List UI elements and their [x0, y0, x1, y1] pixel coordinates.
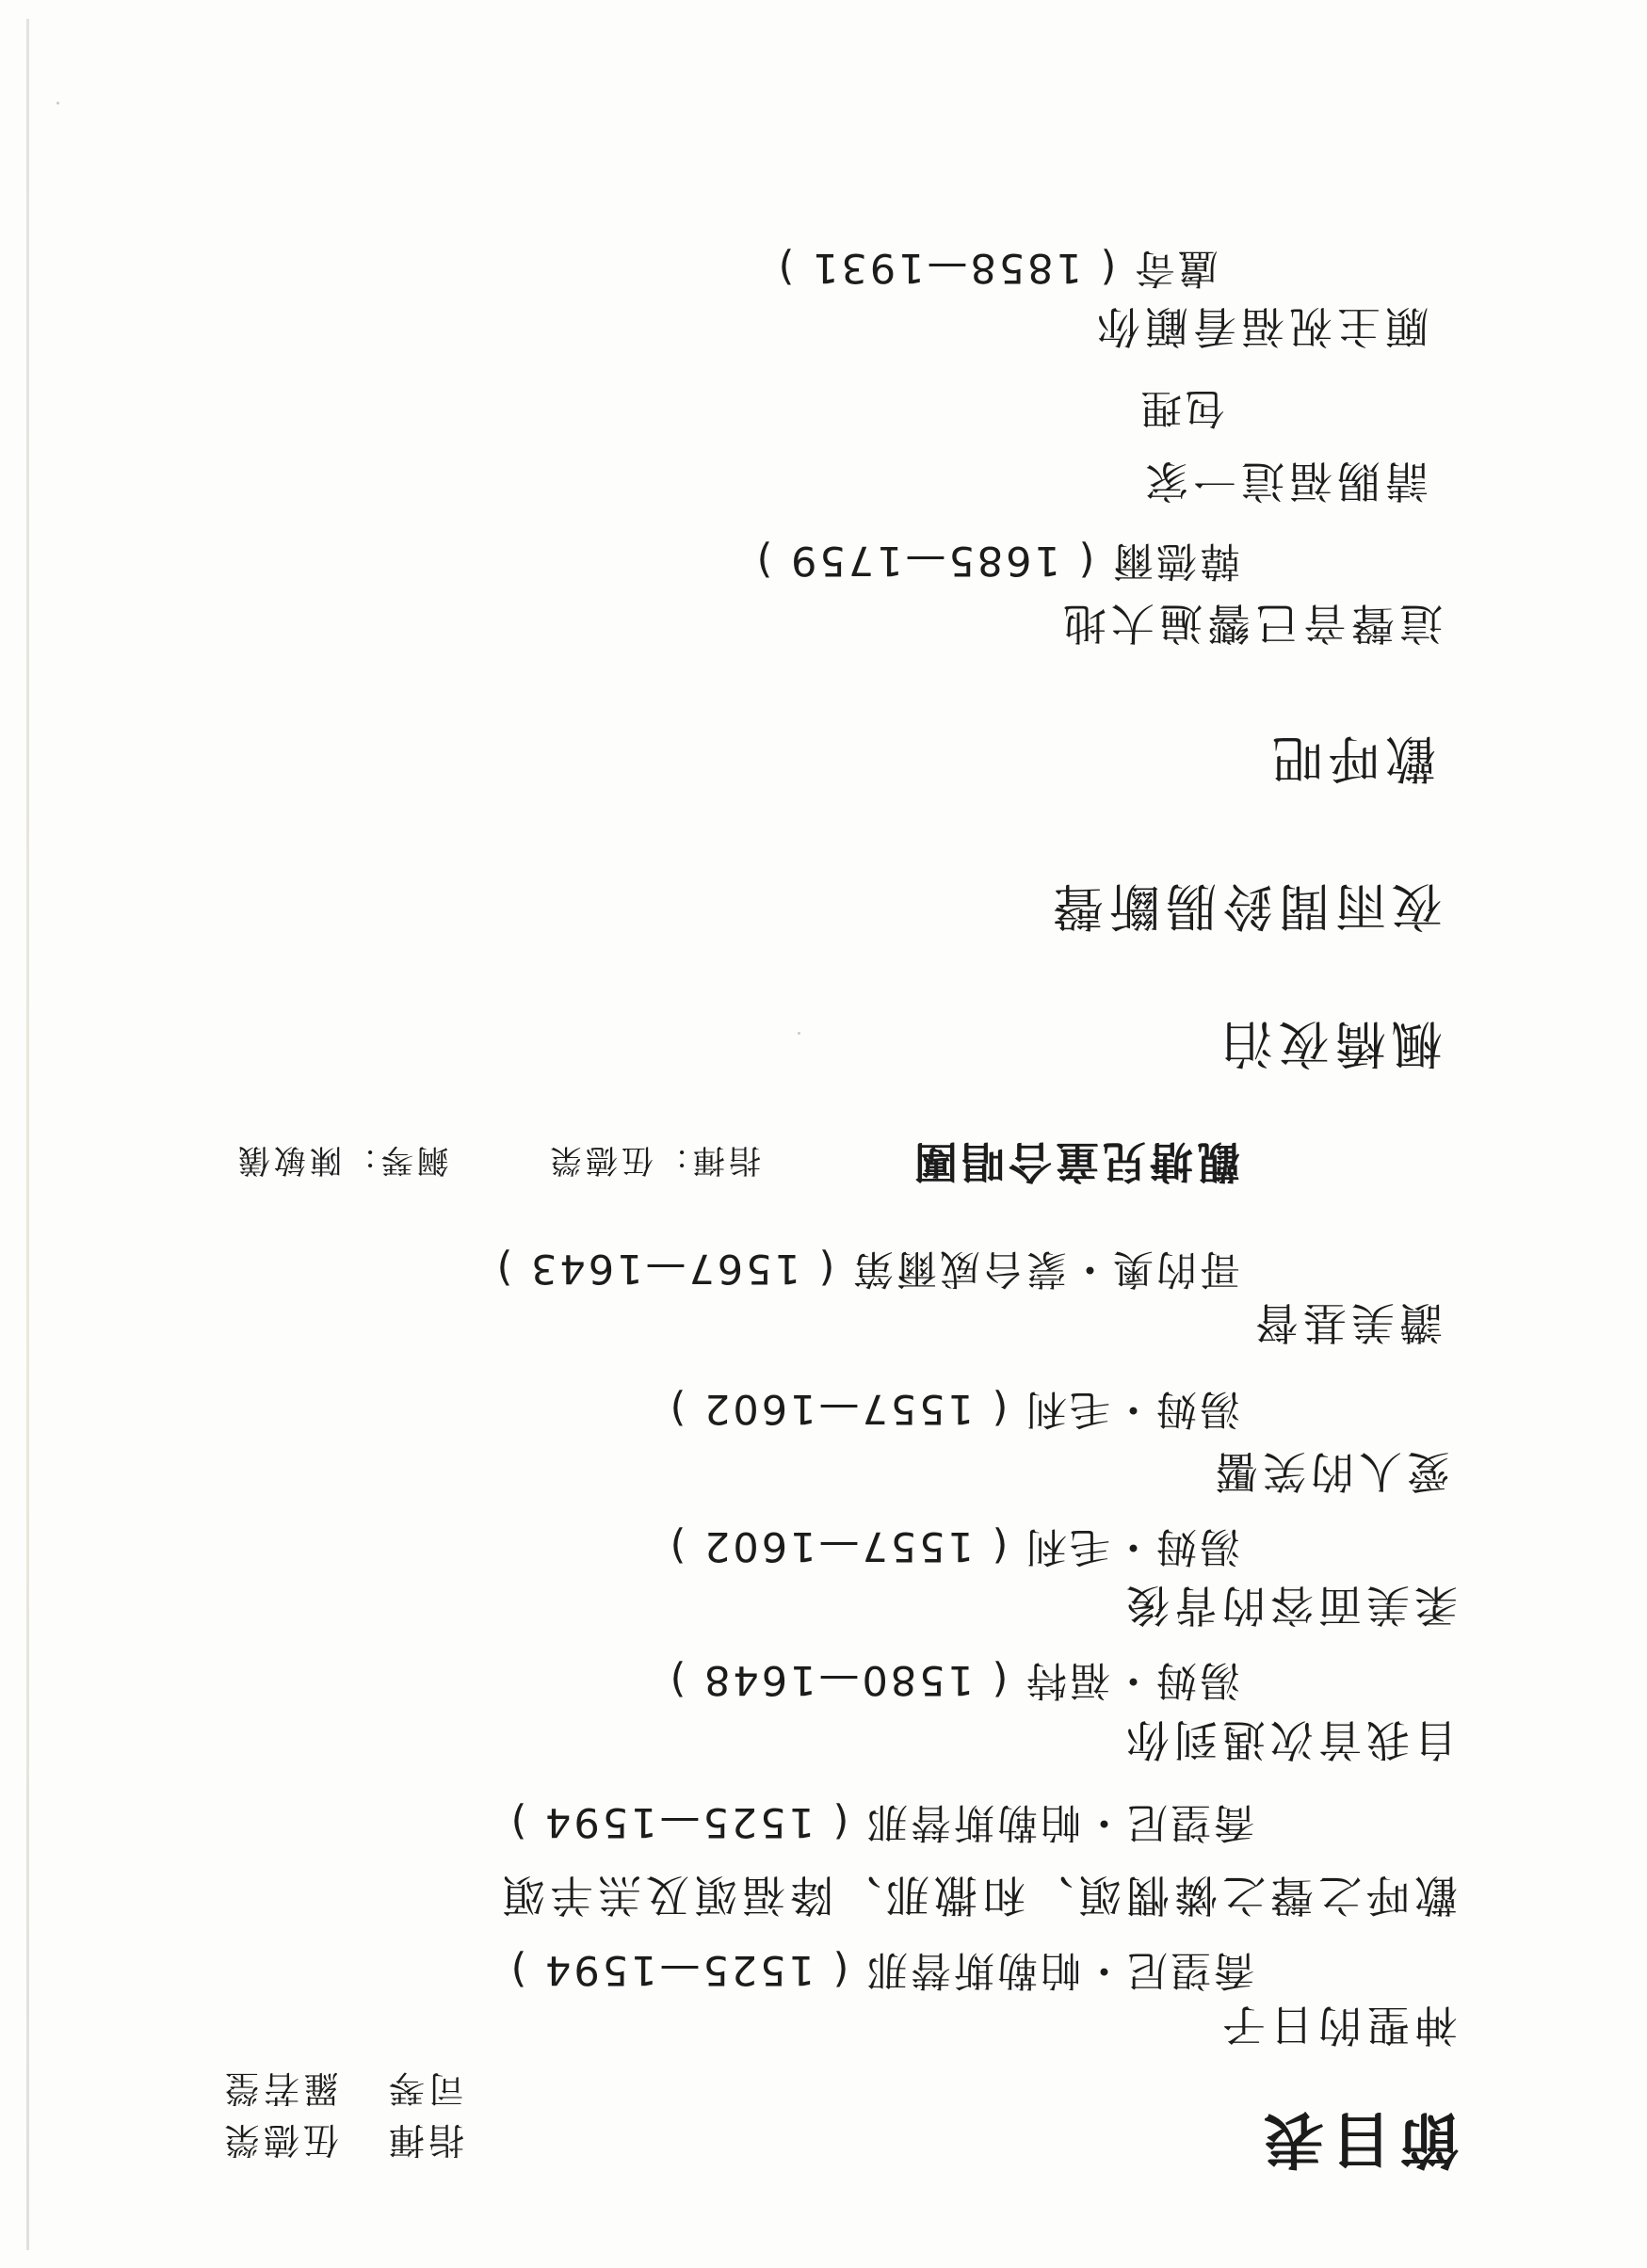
piece-composer: 哥的奧・蒙台威爾第 ( 1567—1643 ): [494, 1247, 1240, 1288]
piece-composer: 湯姆・毛利 ( 1557—1602 ): [668, 1388, 1240, 1428]
piece-composer: 包理: [1138, 387, 1225, 427]
credit-name-conductor: 伍德榮: [220, 2122, 339, 2158]
piece-composer: 喬望尼・帕勒斯替那 ( 1525—1594 ): [509, 1949, 1254, 1989]
guest-choir-conductor: 指揮：伍德榮: [546, 1144, 761, 1176]
scan-edge-line: [26, 19, 29, 2250]
piece-composer: 韓德爾 ( 1685—1759 ): [754, 539, 1240, 580]
piece-composer: 湯姆・福特 ( 1580—1648 ): [668, 1659, 1240, 1699]
guest-choir-pianist: 鋼琴：陳敏儀: [234, 1144, 449, 1176]
credit-role-conductor: 指揮: [385, 2122, 464, 2158]
piece-title: 自我首次遇到你: [1122, 1718, 1458, 1761]
scan-speck: [798, 1032, 800, 1035]
guest-piece-title: 歡呼吧: [1267, 732, 1436, 783]
piece-title: 愛人的笑靨: [1210, 1450, 1450, 1493]
guest-choir-name: 觀塘兒童合唱團: [911, 1140, 1240, 1183]
scanned-program-page: 節目表 指揮 伍德榮 司琴 羅若瑩 神聖的日子 喬望尼・帕勒斯替那 ( 1525…: [0, 0, 1647, 2268]
piece-title: 讚美基督: [1251, 1301, 1443, 1344]
piece-title: 歡呼之聲之憐憫頌、和撒那、降福頌及羔羊頌: [497, 1874, 1458, 1917]
piece-composer: 喬望尼・帕勒斯替那 ( 1525—1594 ): [509, 1801, 1254, 1842]
guest-piece-title: 夜雨聞鈴腸斷聲: [1047, 880, 1443, 931]
piece-title: 請賜福這一家: [1140, 459, 1429, 503]
scan-speck: [57, 102, 59, 105]
guest-piece-title: 楓橋夜泊: [1217, 1018, 1443, 1069]
piece-title: 這聲音已響遍大地: [1058, 602, 1443, 645]
piece-title: 神聖的日子: [1218, 2003, 1458, 2047]
credit-name-organist: 羅若瑩: [220, 2070, 339, 2106]
credit-role-organist: 司琴: [385, 2070, 464, 2106]
piece-composer: 湯姆・毛利 ( 1557—1602 ): [668, 1525, 1240, 1566]
page-title: 節目表: [1256, 2108, 1460, 2168]
piece-title: 願主祝福看顧你: [1092, 305, 1429, 348]
piece-title: 柔美面容的背後: [1122, 1584, 1458, 1627]
piece-composer: 盧奇 ( 1858—1931 ): [776, 247, 1219, 287]
